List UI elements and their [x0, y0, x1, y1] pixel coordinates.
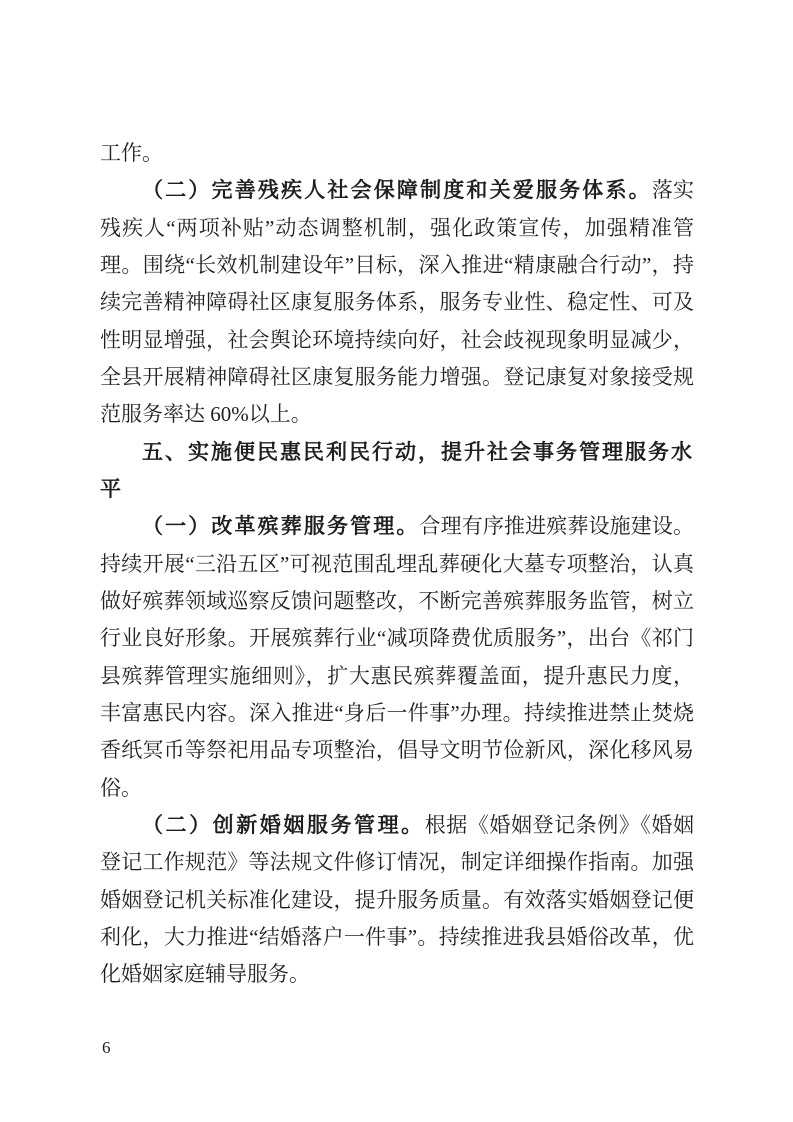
paragraph-text: 落实残疾人“两项补贴”动态调整机制，强化政策宣传，加强精准管理。围绕“长效机制建… [100, 178, 694, 426]
paragraph: （二）完善残疾人社会保障制度和关爱服务体系。落实残疾人“两项补贴”动态调整机制，… [100, 172, 694, 433]
document-page: 工作。 （二）完善残疾人社会保障制度和关爱服务体系。落实残疾人“两项补贴”动态调… [0, 0, 793, 1122]
section-heading: 五、实施便民惠民利民行动，提升社会事务管理服务水平 [100, 434, 694, 509]
paragraph-text: 根据《婚姻登记条例》《婚姻登记工作规范》等法规文件修订情况，制定详细操作指南。加… [100, 813, 694, 986]
paragraph-lead: （二）完善残疾人社会保障制度和关爱服务体系。 [142, 178, 652, 202]
section-heading-text: 五、实施便民惠民利民行动，提升社会事务管理服务水平 [100, 440, 694, 501]
paragraph-text: 工作。 [100, 141, 163, 165]
paragraph-text: 合理有序推进殡葬设施建设。持续开展“三沿五区”可视范围乱埋乱葬硬化大墓专项整治，… [100, 514, 694, 799]
paragraph-lead: （二）创新婚姻服务管理。 [142, 813, 425, 837]
paragraph: （一）改革殡葬服务管理。合理有序推进殡葬设施建设。持续开展“三沿五区”可视范围乱… [100, 508, 694, 807]
paragraph-continuation: 工作。 [100, 135, 694, 172]
paragraph: （二）创新婚姻服务管理。根据《婚姻登记条例》《婚姻登记工作规范》等法规文件修订情… [100, 807, 694, 994]
paragraph-lead: （一）改革殡葬服务管理。 [142, 514, 420, 538]
page-number: 6 [102, 1038, 111, 1058]
document-body: 工作。 （二）完善残疾人社会保障制度和关爱服务体系。落实残疾人“两项补贴”动态调… [100, 135, 694, 994]
